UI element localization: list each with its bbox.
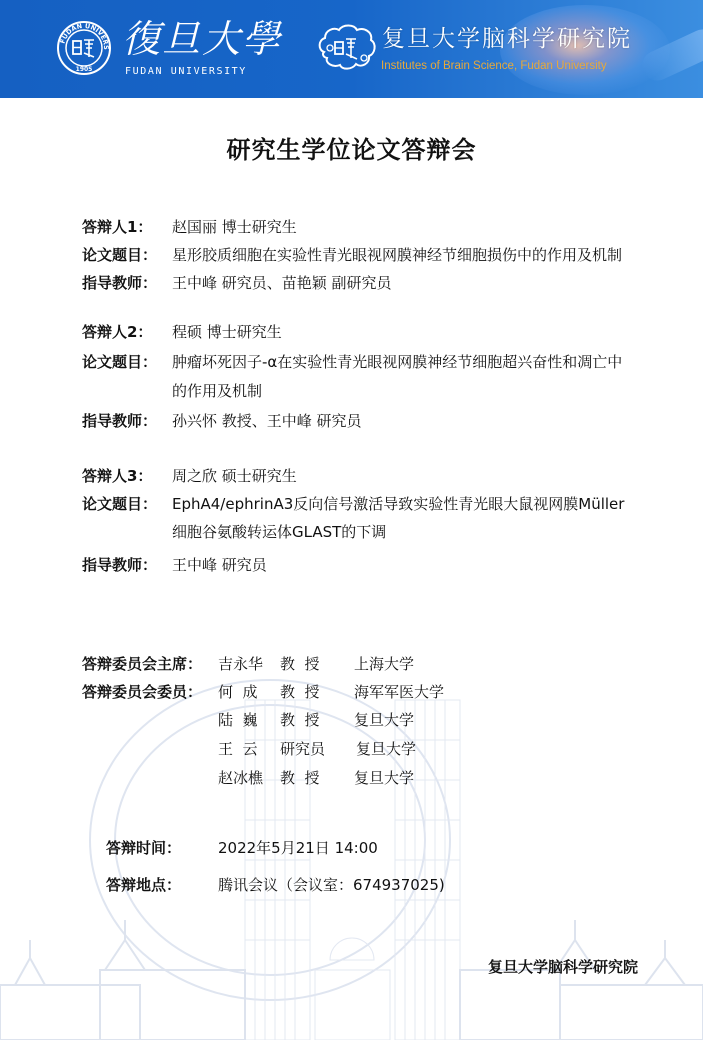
committee-member-name: 何 成 bbox=[218, 681, 258, 702]
fudan-seal-icon: FUDAN UNIVERSITY 1905 bbox=[56, 20, 112, 76]
committee-member-org: 复旦大学 bbox=[354, 767, 414, 788]
page-title: 研究生学位论文答辩会 bbox=[0, 130, 703, 165]
thesis-title-line: EphA4/ephrinA3反向信号激活导致实验性青光眼大鼠视网膜Müller bbox=[172, 494, 624, 514]
defense-time-label: 答辩时间： bbox=[106, 837, 181, 858]
institute-name-en: Institutes of Brain Science, Fudan Unive… bbox=[381, 60, 607, 72]
thesis-title-line: 星形胶质细胞在实验性青光眼视网膜神经节细胞损伤中的作用及机制 bbox=[172, 245, 622, 265]
candidate-label: 答辩人1： bbox=[82, 217, 152, 237]
committee-member-name: 赵冰樵 bbox=[218, 767, 263, 788]
committee-members-label: 答辩委员会委员： bbox=[82, 681, 202, 702]
svg-text:FUDAN UNIVERSITY: FUDAN UNIVERSITY bbox=[56, 20, 110, 50]
fudan-name-en: FUDAN UNIVERSITY bbox=[125, 66, 247, 77]
committee-chair-label: 答辩委员会主席： bbox=[82, 653, 202, 674]
thesis-title-line: 细胞谷氨酸转运体GLAST的下调 bbox=[172, 522, 386, 542]
defense-place-value: 腾讯会议（会议室：674937025) bbox=[218, 874, 445, 895]
committee-member-org: 海军军医大学 bbox=[354, 681, 444, 702]
advisor-names: 孙兴怀 教授、王中峰 研究员 bbox=[172, 411, 362, 431]
thesis-label: 论文题目： bbox=[82, 494, 157, 514]
committee-member-name: 吉永华 bbox=[218, 653, 263, 674]
committee-member-title: 教 授 bbox=[280, 681, 320, 702]
committee-member-org: 复旦大学 bbox=[354, 709, 414, 730]
committee-member-name: 陆 巍 bbox=[218, 709, 258, 730]
institute-name-cn: 复旦大学脑科学研究院 bbox=[382, 22, 632, 56]
advisor-names: 王中峰 研究员 bbox=[172, 555, 267, 575]
committee-member-title: 教 授 bbox=[280, 709, 320, 730]
advisor-names: 王中峰 研究员、苗艳颖 副研究员 bbox=[172, 273, 392, 293]
thesis-title-line: 肿瘤坏死因子-α在实验性青光眼视网膜神经节细胞超兴奋性和凋亡中 bbox=[172, 352, 622, 372]
committee-member-title: 教 授 bbox=[280, 653, 320, 674]
candidate-label: 答辩人2： bbox=[82, 322, 152, 342]
organizer-signature: 复旦大学脑科学研究院 bbox=[488, 956, 638, 977]
candidate-name: 程硕 博士研究生 bbox=[172, 322, 282, 342]
committee-member-name: 王 云 bbox=[218, 738, 258, 759]
candidate-name: 赵国丽 博士研究生 bbox=[172, 217, 297, 237]
brain-logo-icon bbox=[316, 22, 378, 74]
advisor-label: 指导教师： bbox=[82, 411, 157, 431]
thesis-title-line: 的作用及机制 bbox=[172, 381, 262, 401]
committee-member-org: 复旦大学 bbox=[356, 738, 416, 759]
defense-time-value: 2022年5月21日 14:00 bbox=[218, 837, 378, 858]
candidate-label: 答辩人3： bbox=[82, 466, 152, 486]
header-banner: FUDAN UNIVERSITY 1905 復旦大學 FUDAN UNIVERS… bbox=[0, 0, 703, 98]
fudan-name-cn: 復旦大學 bbox=[122, 16, 282, 62]
committee-member-org: 上海大学 bbox=[354, 653, 414, 674]
advisor-label: 指导教师： bbox=[82, 555, 157, 575]
defense-place-label: 答辩地点： bbox=[106, 874, 181, 895]
candidate-name: 周之欣 硕士研究生 bbox=[172, 466, 297, 486]
committee-member-title: 研究员 bbox=[280, 738, 325, 759]
thesis-label: 论文题目： bbox=[82, 352, 157, 372]
committee-member-title: 教 授 bbox=[280, 767, 320, 788]
svg-text:1905: 1905 bbox=[76, 66, 93, 73]
advisor-label: 指导教师： bbox=[82, 273, 157, 293]
thesis-label: 论文题目： bbox=[82, 245, 157, 265]
